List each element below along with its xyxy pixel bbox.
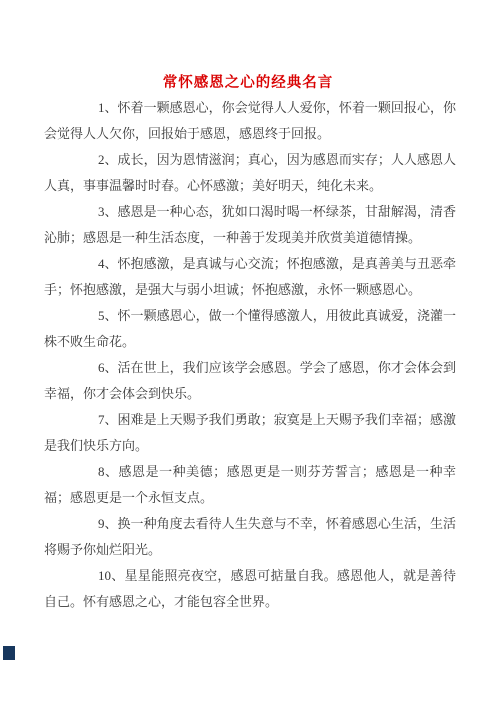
quote-paragraph-2: 2、成长，因为恩情滋润；真心，因为感恩而实存；人人感恩人人真，事事温馨时时春。心… bbox=[44, 147, 456, 199]
quote-list: 1、怀着一颗感恩心，你会觉得人人爱你，怀着一颗回报心，你会觉得人人欠你，回报始于… bbox=[44, 95, 456, 615]
quote-paragraph-1: 1、怀着一颗感恩心，你会觉得人人爱你，怀着一颗回报心，你会觉得人人欠你，回报始于… bbox=[44, 95, 456, 147]
quote-paragraph-5: 5、怀一颗感恩心，做一个懂得感激人，用彼此真诚爱，浇灌一株不败生命花。 bbox=[44, 303, 456, 355]
quote-paragraph-9: 9、换一种角度去看待人生失意与不幸，怀着感恩心生活，生活将赐予你灿烂阳光。 bbox=[44, 511, 456, 563]
quote-paragraph-3: 3、感恩是一种心态，犹如口渴时喝一杯绿茶，甘甜解渴，清香沁肺；感恩是一种生活态度… bbox=[44, 199, 456, 251]
blue-corner-mark bbox=[3, 646, 15, 660]
quote-paragraph-4: 4、怀抱感激，是真诚与心交流；怀抱感激，是真善美与丑恶牵手；怀抱感激，是强大与弱… bbox=[44, 251, 456, 303]
quote-paragraph-7: 7、困难是上天赐予我们勇敢；寂寞是上天赐予我们幸福；感激是我们快乐方向。 bbox=[44, 407, 456, 459]
quote-paragraph-8: 8、感恩是一种美德；感恩更是一则芬芳誓言；感恩是一种幸福；感恩更是一个永恒支点。 bbox=[44, 459, 456, 511]
quote-paragraph-10: 10、星星能照亮夜空，感恩可掂量自我。感恩他人，就是善待自己。怀有感恩之心，才能… bbox=[44, 563, 456, 615]
document-page: 常怀感恩之心的经典名言 1、怀着一颗感恩心，你会觉得人人爱你，怀着一颗回报心，你… bbox=[0, 0, 496, 702]
document-title: 常怀感恩之心的经典名言 bbox=[0, 71, 496, 92]
quote-paragraph-6: 6、活在世上，我们应该学会感恩。学会了感恩，你才会体会到幸福，你才会体会到快乐。 bbox=[44, 355, 456, 407]
